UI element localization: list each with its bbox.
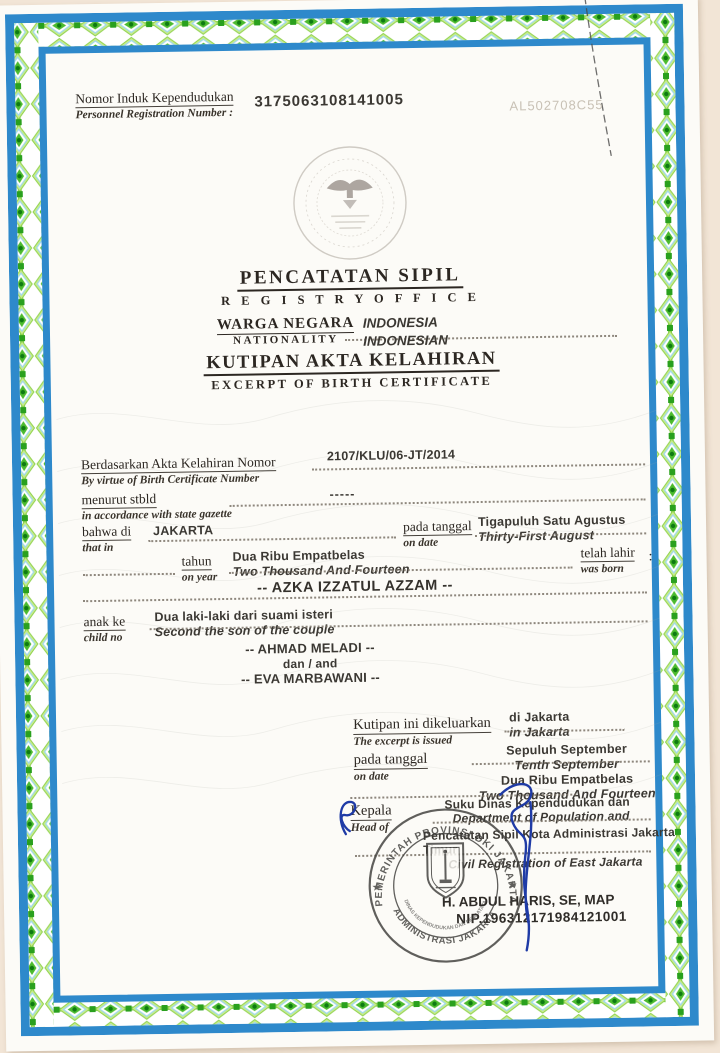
issued-place-value: di Jakarta in Jakarta (509, 710, 570, 741)
field-cert-no-value: 2107/KLU/06-JT/2014 (327, 447, 455, 464)
field-stbld-value: ----- (329, 487, 355, 502)
title-birth-certificate: KUTIPAN AKTA KELAHIRAN EXCERPT OF BIRTH … (81, 347, 622, 395)
scanned-birth-certificate: { "document_type": "birth-certificate-sc… (0, 0, 720, 1053)
certificate-page: Nomor Induk Kependudukan Personnel Regis… (0, 0, 714, 1051)
field-year-value: Dua Ribu Empatbelas Two Thousand And Fou… (232, 547, 409, 580)
faint-code-watermark: AL502708C55 (509, 97, 603, 113)
field-child-no-value: Dua laki-laki dari suami isteri Second t… (154, 607, 334, 640)
signature-flourish (330, 792, 363, 840)
fold-crease-line (545, 0, 638, 162)
parents-block: -- AHMAD MELADI -- dan / and -- EVA MARB… (90, 637, 531, 689)
field-born-label: telah lahir was born (580, 544, 635, 577)
title-registry-office: PENCATATAN SIPIL R E G I S T R Y O F F I… (80, 262, 621, 311)
field-date-value: Tigapuluh Satu Agustus Thirty-First Augu… (478, 513, 626, 545)
field-place-label: bahwa di that in (82, 522, 132, 555)
field-child-no-label: anak ke child no (83, 613, 125, 646)
registration-label-en: Personnel Registration Number : (75, 106, 233, 123)
garuda-eagle-icon (327, 179, 373, 198)
title-kutipan-akta: KUTIPAN AKTA KELAHIRAN (203, 349, 500, 377)
nationality-value: INDONESIA INDONESIAN (363, 313, 448, 351)
field-stbld-label: menurut stbld in accordance with state g… (81, 489, 232, 524)
field-date-label: pada tanggal on date (403, 517, 472, 551)
embossed-garuda-seal (286, 139, 414, 267)
signature-ink (472, 770, 567, 959)
registration-number-label: Nomor Induk Kependudukan Personnel Regis… (75, 88, 234, 123)
issued-date-label: pada tanggal on date (354, 750, 428, 785)
registration-number-value: 3175063108141005 (254, 91, 404, 110)
field-cert-no-label: Berdasarkan Akta Kelahiran Nomor By virt… (81, 453, 276, 489)
nationality-label: WARGA NEGARA NATIONALITY (217, 314, 355, 347)
field-place-value: JAKARTA (153, 523, 213, 539)
title-pencatatan-sipil: PENCATATAN SIPIL (237, 264, 464, 292)
jakarta-shield-icon (427, 843, 464, 898)
born-colon: : (648, 549, 652, 565)
stamp-star-left-icon: ★ (372, 882, 382, 894)
